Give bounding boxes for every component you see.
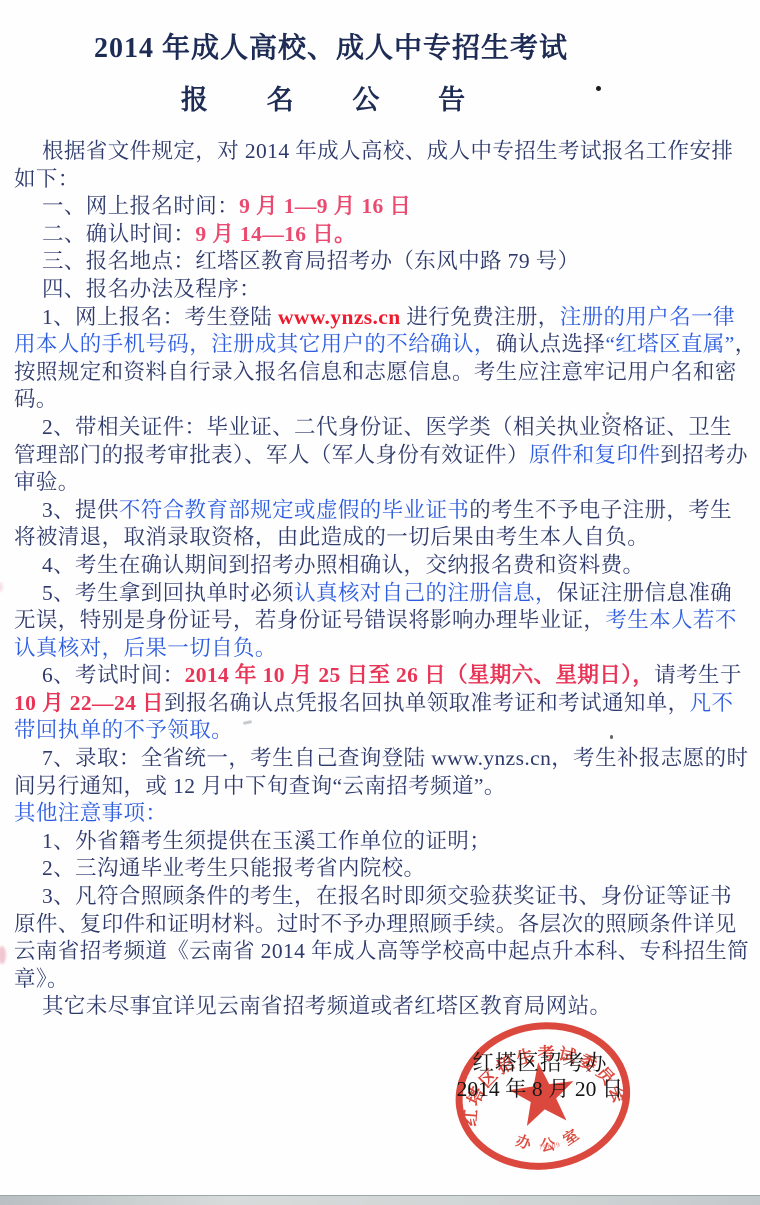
seal-bottom-text: 办 公 室 <box>511 1122 587 1158</box>
text-segment: 管理部门的报考审批表）、军人（军人身份有效证件） <box>14 443 529 467</box>
text-segment: 2、带相关证件：毕业证、二代身份证、医学类（相关执业资格证、卫生 <box>42 415 732 439</box>
text-segment: 云南省招考频道《云南省 2014 年成人高等学校高中起点升本科、专科招生简 <box>14 939 749 963</box>
body-line: 2、三沟通毕业考生只能报考省内院校。 <box>14 855 752 883</box>
body-line: 间另行通知，或 12 月中下旬查询“云南招考频道”。 <box>14 773 752 801</box>
text-segment: 5、考生拿到回执单时必须 <box>42 581 294 605</box>
body-line: 6、考试时间：2014 年 10 月 25 日至 26 日（星期六、星期日），请… <box>14 662 752 690</box>
text-segment: 确认点选择 <box>496 332 606 356</box>
body-line: 用本人的手机号码，注册成其它用户的不给确认，确认点选择“红塔区直属”， <box>14 331 752 359</box>
signature-office: 红塔区招考办 <box>440 1051 640 1076</box>
body-line: 将被清退，取消录取资格，由此造成的一切后果由考生本人自负。 <box>14 524 752 552</box>
body-line: 章》。 <box>14 966 752 994</box>
body-line: 原件、复印件和证明材料。过时不予办理照顾手续。各层次的照顾条件详见 <box>14 911 752 939</box>
body-line: 认真核对，后果一切自负。 <box>14 635 752 663</box>
text-segment: 按照规定和资料自行录入报名信息和志愿信息。考生应注意牢记用户名和密 <box>14 360 737 384</box>
text-segment: 9 月 14—16 日。 <box>195 222 356 246</box>
text-segment: 如下： <box>14 167 80 191</box>
body-line: 一、网上报名时间：9 月 1—9 月 16 日 <box>14 193 752 221</box>
text-segment: 4、考生在确认期间到招考办照相确认，交纳报名费和资料费。 <box>42 553 644 577</box>
body-line: 其它未尽事宜详见云南省招考频道或者红塔区教育局网站。 <box>14 993 752 1021</box>
text-segment: 二、确认时间： <box>42 222 195 246</box>
body-line: 其他注意事项： <box>14 800 752 828</box>
svg-text:办 公 室: 办 公 室 <box>511 1122 587 1158</box>
text-segment: ， <box>735 332 757 356</box>
text-segment: 带回执单的不予领取。 <box>14 718 233 742</box>
scan-artifact-smudge <box>0 582 3 592</box>
document-title: 2014 年成人高校、成人中专招生考试 <box>0 26 711 66</box>
body-line: 2、带相关证件：毕业证、二代身份证、医学类（相关执业资格证、卫生 <box>14 414 752 442</box>
text-segment: 保证注册信息准确 <box>557 581 732 605</box>
text-segment: “红塔区直属” <box>605 332 734 356</box>
text-segment: 原件和复印件 <box>529 443 660 467</box>
text-segment: 2、三沟通毕业考生只能报考省内院校。 <box>42 856 425 880</box>
body-line: 7、录取：全省统一，考生自己查询登陆 www.ynzs.cn，考生补报志愿的时 <box>14 745 752 773</box>
text-segment: 到招考办 <box>660 443 748 467</box>
text-segment: 2014 年 10 月 25 日至 26 日（星期六、星期日）， <box>185 663 655 687</box>
text-segment: 1、网上报名：考生登陆 <box>42 305 278 329</box>
text-segment: 到报名确认点凭报名回执单领取准考证和考试通知单， <box>164 691 690 715</box>
text-segment: 7、录取：全省统一，考生自己查询登陆 www.ynzs.cn，考生补报志愿的时 <box>42 746 748 770</box>
document-page: 2014 年成人高校、成人中专招生考试 报 名 公 告 根据省文件规定，对 20… <box>0 0 760 1205</box>
text-segment: 3、提供 <box>42 498 119 522</box>
text-segment: www.ynzs.cn <box>278 305 401 329</box>
text-segment: 码。 <box>14 387 58 411</box>
body-line: 1、网上报名：考生登陆 www.ynzs.cn 进行免费注册，注册的用户名一律 <box>14 304 752 332</box>
text-segment: 其他注意事项： <box>14 801 167 825</box>
text-segment: 章》。 <box>14 967 69 991</box>
body-line: 管理部门的报考审批表）、军人（军人身份有效证件）原件和复印件到招考办 <box>14 442 752 470</box>
body-line: 5、考生拿到回执单时必须认真核对自己的注册信息，保证注册信息准确 <box>14 580 752 608</box>
text-segment: 用本人的手机号码，注册成其它用户的不给确认， <box>14 332 496 356</box>
body-line: 按照规定和资料自行录入报名信息和志愿信息。考生应注意牢记用户名和密 <box>14 359 752 387</box>
text-segment: 将被清退，取消录取资格，由此造成的一切后果由考生本人自负。 <box>14 525 649 549</box>
text-segment: 1、外省籍考生须提供在玉溪工作单位的证明； <box>42 829 491 853</box>
body-line: 根据省文件规定，对 2014 年成人高校、成人中专招生考试报名工作安排 <box>14 138 752 166</box>
document-body: 根据省文件规定，对 2014 年成人高校、成人中专招生考试报名工作安排如下：一、… <box>14 138 752 1021</box>
scan-artifact-smudge <box>0 946 6 964</box>
signature-date: 2014 年 8 月 20 日 <box>430 1077 650 1102</box>
document-subtitle: 报 名 公 告 <box>0 78 716 117</box>
text-segment: 不符合教育部规定或虚假的毕业证书 <box>119 498 469 522</box>
body-line: 1、外省籍考生须提供在玉溪工作单位的证明； <box>14 828 752 856</box>
text-segment: 其它未尽事宜详见云南省招考频道或者红塔区教育局网站。 <box>42 994 611 1018</box>
text-segment: 进行免费注册， <box>401 305 560 329</box>
body-line: 码。 <box>14 386 752 414</box>
scan-artifact-dot <box>596 86 601 91</box>
text-segment: 认真核对，后果一切自负。 <box>14 636 277 660</box>
text-segment: 根据省文件规定，对 2014 年成人高校、成人中专招生考试报名工作安排 <box>42 139 733 163</box>
text-segment: 四、报名办法及程序： <box>42 277 261 301</box>
scan-edge-band <box>0 1195 760 1205</box>
text-segment: 6、考试时间： <box>42 663 185 687</box>
text-segment: 间另行通知，或 12 月中下旬查询“云南招考频道”。 <box>14 774 506 798</box>
text-segment: 10 月 22—24 日 <box>14 691 164 715</box>
text-segment: 请考生于 <box>654 663 742 687</box>
text-segment: 审验。 <box>14 470 80 494</box>
text-segment: 一、网上报名时间： <box>42 194 239 218</box>
body-line: 3、凡符合照顾条件的考生，在报名时即须交验获奖证书、身份证等证书 <box>14 883 752 911</box>
text-segment: 原件、复印件和证明材料。过时不予办理照顾手续。各层次的照顾条件详见 <box>14 912 737 936</box>
body-line: 无误，特别是身份证号，若身份证号错误将影响办理毕业证，考生本人若不 <box>14 607 752 635</box>
body-line: 10 月 22—24 日到报名确认点凭报名回执单领取准考证和考试通知单，凡不 <box>14 690 752 718</box>
body-line: 云南省招考频道《云南省 2014 年成人高等学校高中起点升本科、专科招生简 <box>14 938 752 966</box>
text-segment: 注册的用户名一律 <box>560 305 735 329</box>
text-segment: 认真核对自己的注册信息， <box>294 581 557 605</box>
text-segment: 3、凡符合照顾条件的考生，在报名时即须交验获奖证书、身份证等证书 <box>42 884 732 908</box>
text-segment: 无误，特别是身份证号，若身份证号错误将影响办理毕业证， <box>14 608 605 632</box>
body-line: 3、提供不符合教育部规定或虚假的毕业证书的考生不予电子注册，考生 <box>14 497 752 525</box>
text-segment: 凡不 <box>690 691 734 715</box>
body-line: 二、确认时间：9 月 14—16 日。 <box>14 221 752 249</box>
text-segment: 考生本人若不 <box>605 608 736 632</box>
body-line: 4、考生在确认期间到招考办照相确认，交纳报名费和资料费。 <box>14 552 752 580</box>
body-line: 带回执单的不予领取。 <box>14 717 752 745</box>
body-line: 四、报名办法及程序： <box>14 276 752 304</box>
body-line: 如下： <box>14 166 752 194</box>
text-segment: 9 月 1—9 月 16 日 <box>239 194 411 218</box>
text-segment: 的考生不予电子注册，考生 <box>469 498 732 522</box>
body-line: 审验。 <box>14 469 752 497</box>
text-segment: 三、报名地点：红塔区教育局招考办（东风中路 79 号） <box>42 249 580 273</box>
body-line: 三、报名地点：红塔区教育局招考办（东风中路 79 号） <box>14 248 752 276</box>
